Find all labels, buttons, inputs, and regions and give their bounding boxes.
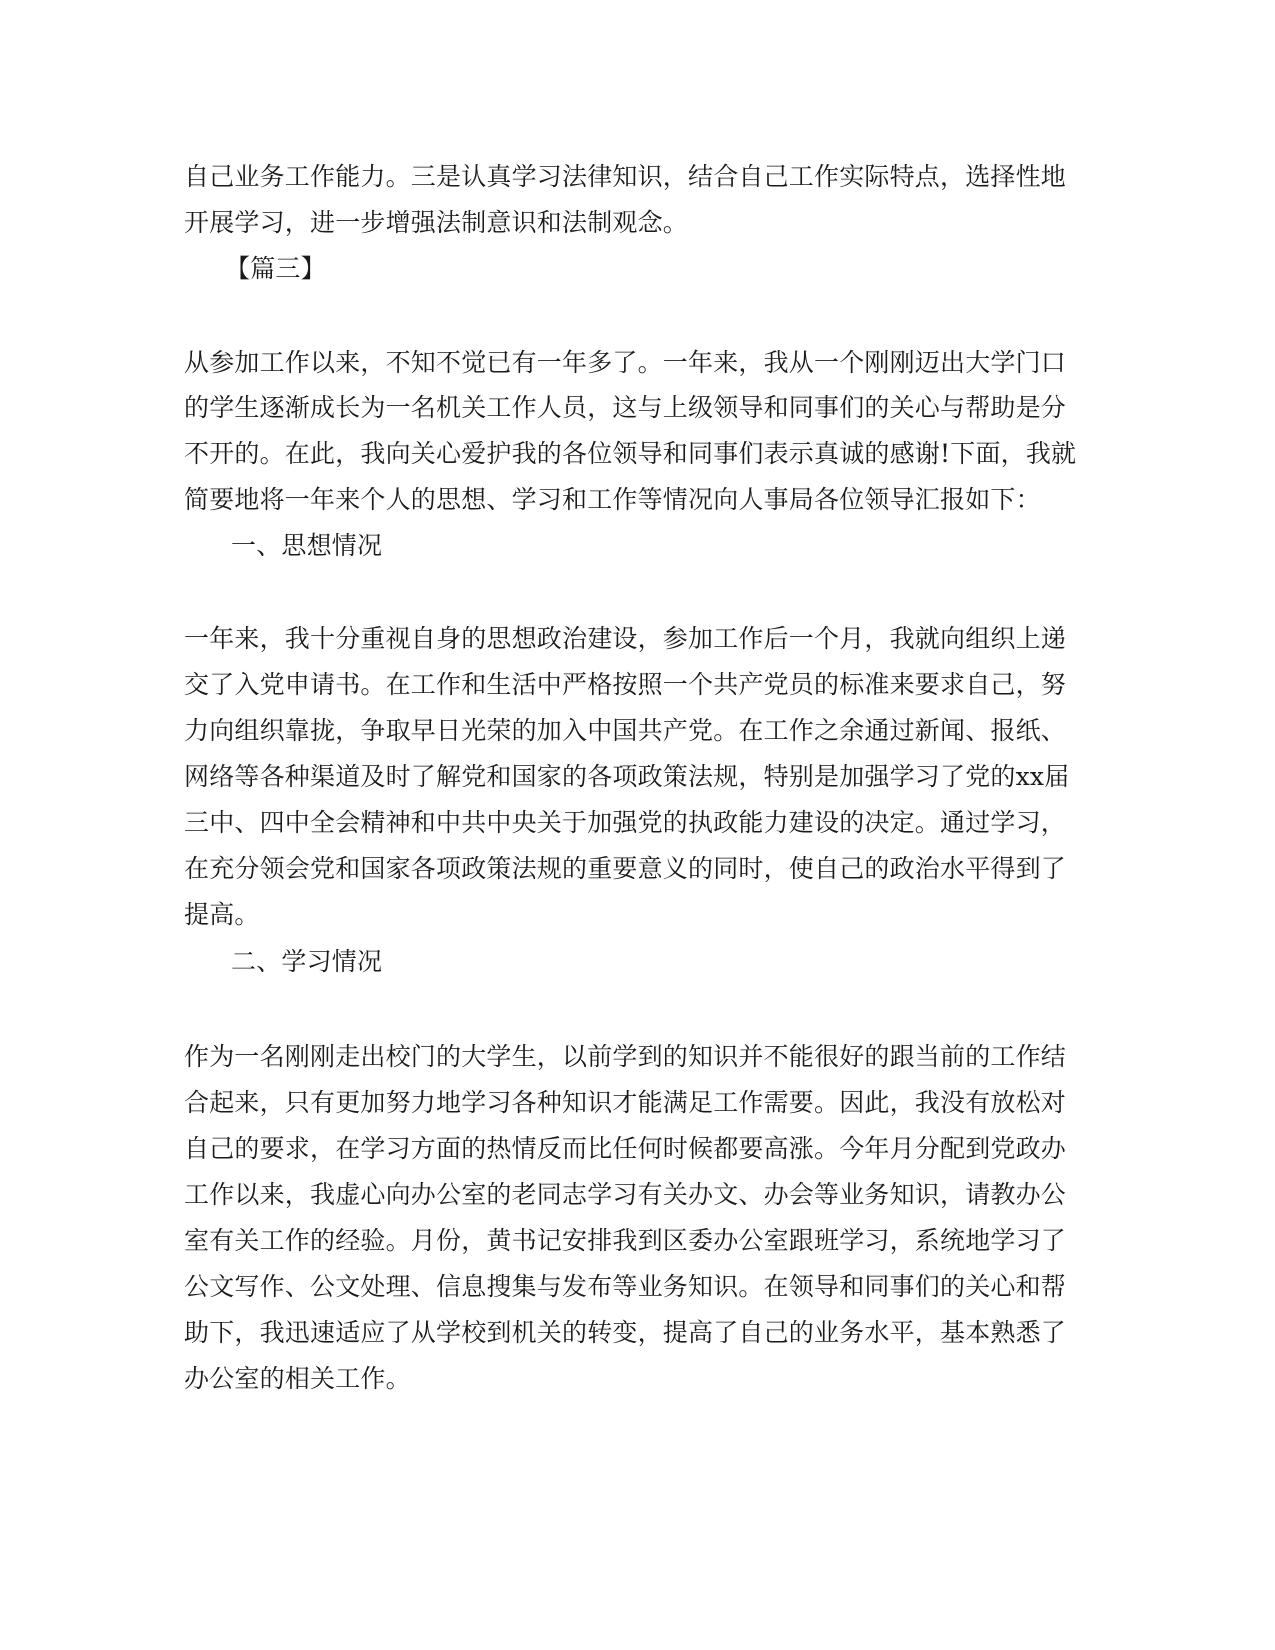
paragraph-line: 交了入党申请书。在工作和生活中严格按照一个共产党员的标准来要求自己，努	[184, 670, 1044, 700]
paragraph-line: 不开的。在此，我向关心爱护我的各位领导和同事们表示真诚的感谢!下面，我就	[184, 439, 1044, 469]
paragraph-line: 自己业务工作能力。三是认真学习法律知识，结合自己工作实际特点，选择性地	[184, 162, 1044, 192]
paragraph-line: 开展学习，进一步增强法制意识和法制观念。	[184, 208, 1044, 238]
paragraph-line: 力向组织靠拢，争取早日光荣的加入中国共产党。在工作之余通过新闻、报纸、	[184, 716, 1044, 746]
section-heading: 一、思想情况	[231, 531, 1091, 561]
section-heading: 【篇三】	[225, 254, 1085, 284]
paragraph-line: 一年来，我十分重视自身的思想政治建设，参加工作后一个月，我就向组织上递	[184, 624, 1044, 654]
paragraph-line: 在充分领会党和国家各项政策法规的重要意义的同时，使自己的政治水平得到了	[184, 854, 1044, 884]
paragraph-line: 合起来，只有更加努力地学习各种知识才能满足工作需要。因此，我没有放松对	[184, 1088, 1044, 1118]
paragraph-line: 三中、四中全会精神和中共中央关于加强党的执政能力建设的决定。通过学习，	[184, 808, 1044, 838]
paragraph-line: 室有关工作的经验。月份，黄书记安排我到区委办公室跟班学习，系统地学习了	[184, 1226, 1044, 1256]
paragraph-line: 办公室的相关工作。	[184, 1364, 1044, 1394]
paragraph-line: 网络等各种渠道及时了解党和国家的各项政策法规，特别是加强学习了党的xx届	[184, 762, 1044, 792]
paragraph-line: 工作以来，我虚心向办公室的老同志学习有关办文、办会等业务知识，请教办公	[184, 1180, 1044, 1210]
paragraph-line: 简要地将一年来个人的思想、学习和工作等情况向人事局各位领导汇报如下：	[184, 485, 1044, 515]
section-heading: 二、学习情况	[231, 947, 1091, 977]
document-page: 自己业务工作能力。三是认真学习法律知识，结合自己工作实际特点，选择性地 开展学习…	[0, 0, 1275, 1650]
paragraph-line: 作为一名刚刚走出校门的大学生，以前学到的知识并不能很好的跟当前的工作结	[184, 1042, 1044, 1072]
paragraph-line: 从参加工作以来，不知不觉已有一年多了。一年来，我从一个刚刚迈出大学门口	[184, 348, 1044, 378]
paragraph-line: 助下，我迅速适应了从学校到机关的转变，提高了自己的业务水平，基本熟悉了	[184, 1318, 1044, 1348]
paragraph-line: 公文写作、公文处理、信息搜集与发布等业务知识。在领导和同事们的关心和帮	[184, 1272, 1044, 1302]
paragraph-line: 的学生逐渐成长为一名机关工作人员，这与上级领导和同事们的关心与帮助是分	[184, 393, 1044, 423]
paragraph-line: 自己的要求，在学习方面的热情反而比任何时候都要高涨。今年月分配到党政办	[184, 1134, 1044, 1164]
paragraph-line: 提高。	[184, 900, 1044, 930]
